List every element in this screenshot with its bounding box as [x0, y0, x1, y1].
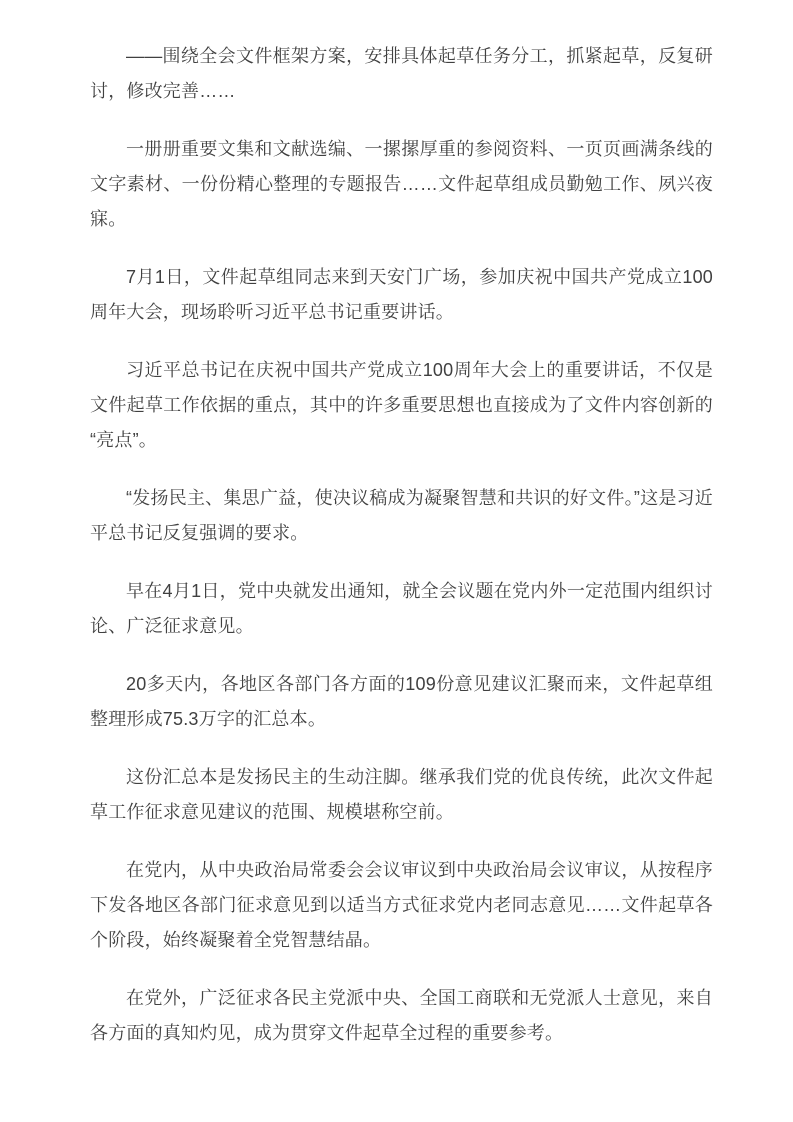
paragraph-2: 一册册重要文集和文献选编、一摞摞厚重的参阅资料、一页页画满条线的文字素材、一份份…: [90, 132, 713, 237]
paragraph-8: 这份汇总本是发扬民主的生动注脚。继承我们党的优良传统，此次文件起草工作征求意见建…: [90, 760, 713, 830]
paragraph-6: 早在4月1日，党中央就发出通知，就全会议题在党内外一定范围内组织讨论、广泛征求意…: [90, 574, 713, 644]
paragraph-9: 在党内，从中央政治局常委会会议审议到中央政治局会议审议，从按程序下发各地区各部门…: [90, 853, 713, 958]
paragraph-10: 在党外，广泛征求各民主党派中央、全国工商联和无党派人士意见，来自各方面的真知灼见…: [90, 981, 713, 1051]
paragraph-7: 20多天内，各地区各部门各方面的109份意见建议汇聚而来，文件起草组整理形成75…: [90, 667, 713, 737]
paragraph-1: ——围绕全会文件框架方案，安排具体起草任务分工，抓紧起草，反复研讨，修改完善……: [90, 39, 713, 109]
page: { "colors": { "text": "#404040", "backgr…: [0, 0, 793, 1122]
paragraph-5: “发扬民主、集思广益，使决议稿成为凝聚智慧和共识的好文件。”这是习近平总书记反复…: [90, 481, 713, 551]
article-body: ——围绕全会文件框架方案，安排具体起草任务分工，抓紧起草，反复研讨，修改完善………: [90, 39, 713, 1051]
document-page: ——围绕全会文件框架方案，安排具体起草任务分工，抓紧起草，反复研讨，修改完善………: [0, 0, 793, 1122]
paragraph-3: 7月1日，文件起草组同志来到天安门广场，参加庆祝中国共产党成立100周年大会，现…: [90, 260, 713, 330]
paragraph-4: 习近平总书记在庆祝中国共产党成立100周年大会上的重要讲话，不仅是文件起草工作依…: [90, 353, 713, 458]
